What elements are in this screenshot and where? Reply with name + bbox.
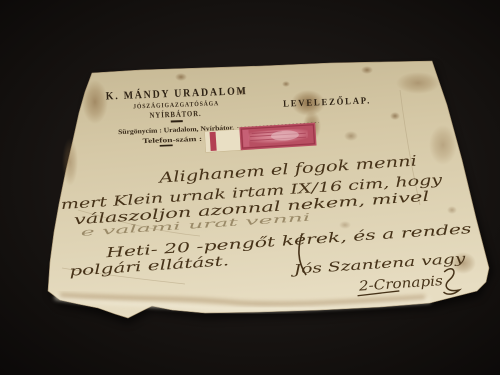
stain-left-edge bbox=[62, 138, 78, 186]
freckle-1 bbox=[175, 73, 187, 81]
freckle-5 bbox=[390, 112, 400, 120]
stain-top-left-corner bbox=[82, 80, 108, 124]
freckle-6 bbox=[344, 131, 358, 141]
stamp-left-panel bbox=[242, 130, 249, 147]
freckle-8 bbox=[447, 206, 457, 214]
freckle-4 bbox=[361, 66, 373, 74]
stain-right-mid bbox=[429, 125, 457, 165]
registration-label-bar bbox=[210, 132, 217, 151]
postage-stamp bbox=[239, 123, 316, 151]
postcard-photo: K. MÁNDY URADALOM JÓSZÁGIGAZGATÓSÁGA NYÍ… bbox=[0, 0, 500, 375]
stain-top-right bbox=[396, 72, 440, 94]
photo-stage: K. MÁNDY URADALOM JÓSZÁGIGAZGATÓSÁGA NYÍ… bbox=[0, 0, 500, 375]
letterhead-town: NYÍRBÁTOR. bbox=[149, 108, 201, 120]
freckle-7 bbox=[339, 221, 351, 229]
freckle-3 bbox=[282, 81, 290, 87]
postcard-card: K. MÁNDY URADALOM JÓSZÁGIGAZGATÓSÁGA NYÍ… bbox=[48, 61, 493, 324]
